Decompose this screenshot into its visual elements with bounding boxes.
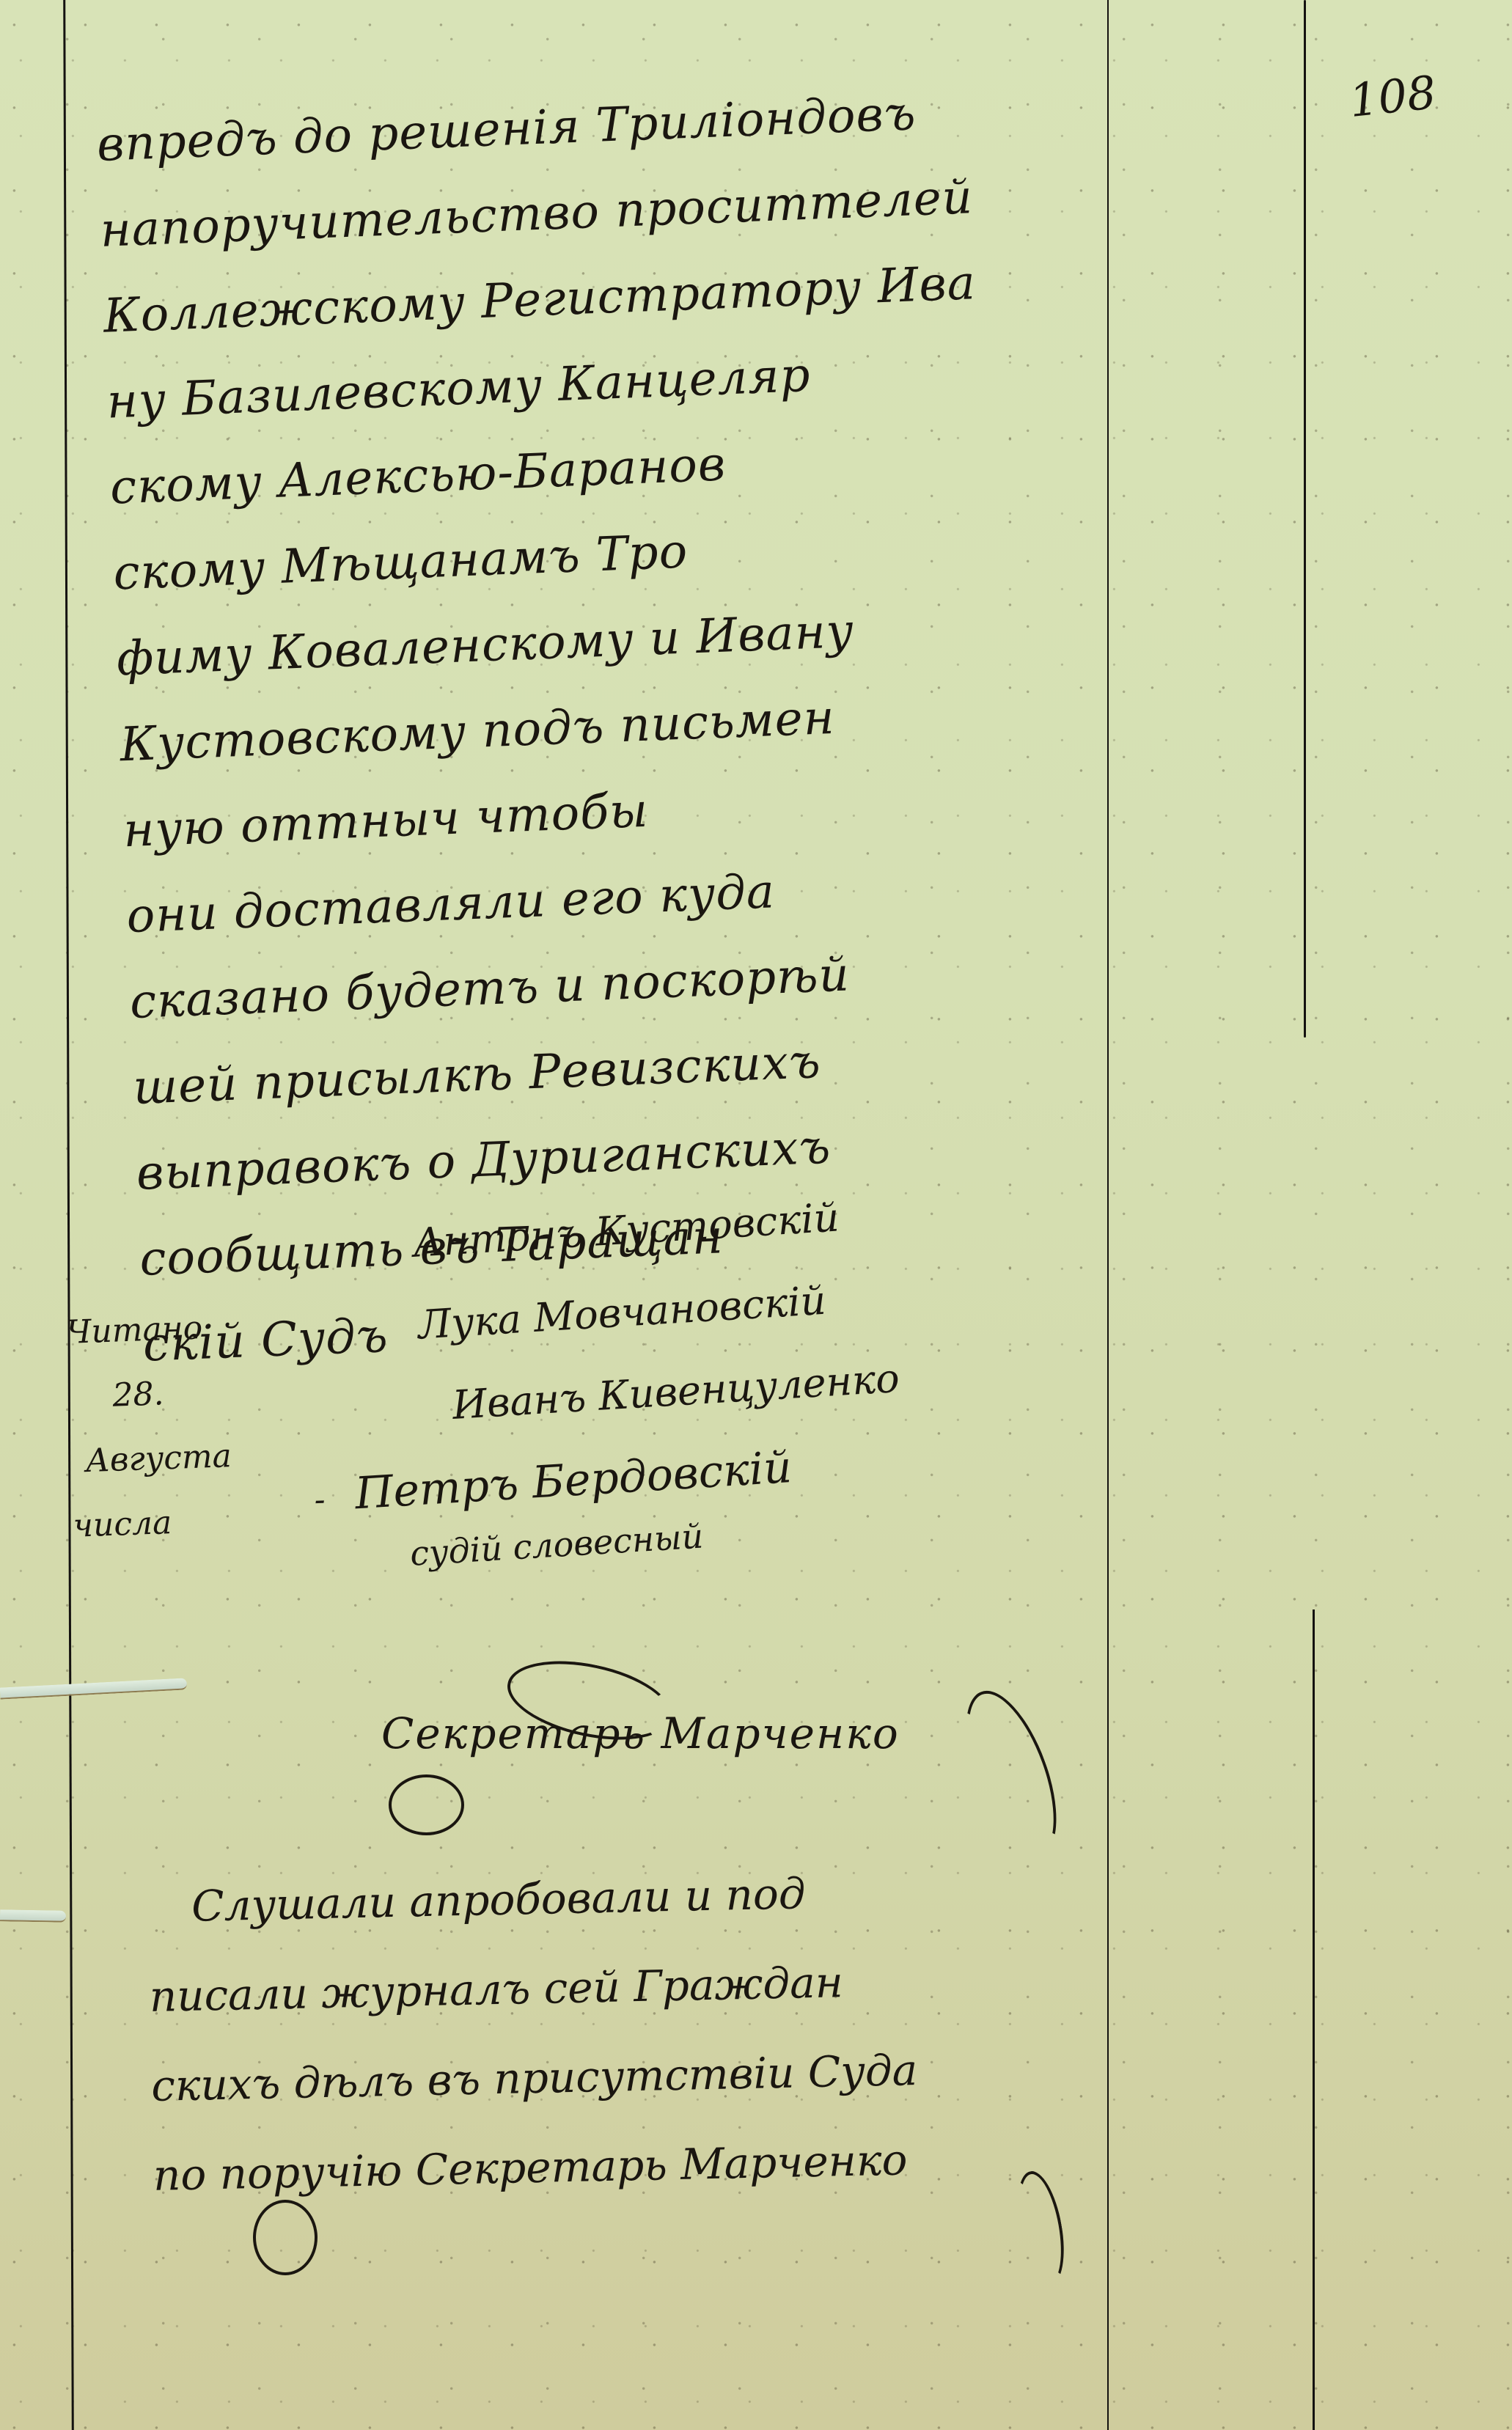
signature-block: Антонъ Кустовскій Лука Мовчановскій Иван… [411,1173,909,1574]
margin-note-read: Читано [65,1295,228,1365]
binding-thread [0,1909,66,1923]
margin-note-number: числа [72,1489,235,1559]
left-margin-rule [63,0,74,2430]
margin-date-note: Читано 28. Августа числа - [65,1295,235,1558]
flourish-decoration [253,2200,318,2275]
margin-note-month: Августа [84,1424,232,1494]
margin-note-day: 28. [111,1359,230,1428]
flourish-decoration [947,1679,1074,1868]
page-number: 108 [1347,65,1439,128]
secretary-signature-heading: Секретарь Марченко [381,1708,900,1758]
far-right-rule-lower [1313,1609,1315,2430]
flourish-decoration [389,1774,464,1835]
margin-note-dash: - [313,1468,326,1532]
far-right-rule-upper [1304,0,1306,1038]
closing-text-block: Слушали апробовали и под писали журналъ … [147,1839,1291,2220]
binding-thread [0,1678,187,1699]
